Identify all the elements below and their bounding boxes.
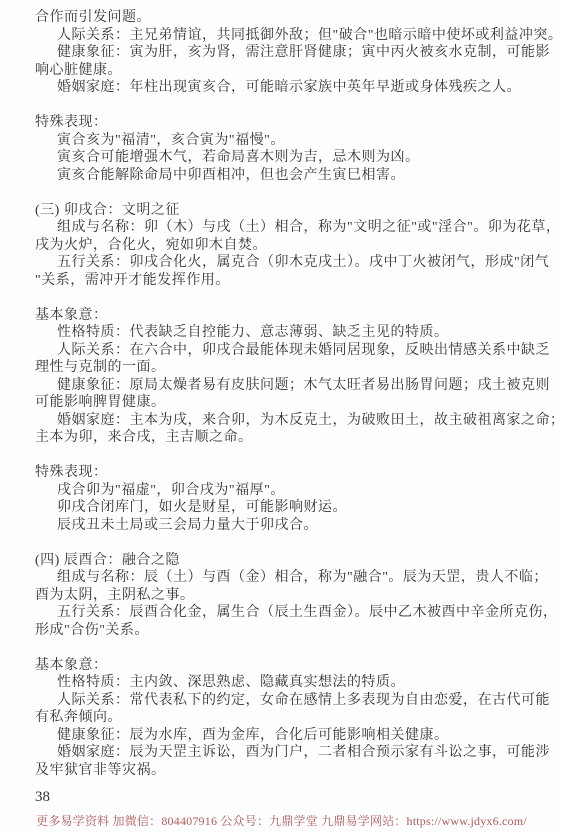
blank-line [35, 184, 563, 202]
text-line: 性格特质：代表缺乏自控能力、意志薄弱、缺乏主见的特质。 [35, 324, 563, 342]
text-line: 戌合卯为"福虚"，卯合戌为"福厚"。 [35, 482, 563, 500]
text-line: 及牢狱官非等灾祸。 [35, 762, 563, 780]
text-line: 婚姻家庭：主本为戌，来合卯，为木反克土，为破败田土，故主破祖离家之命； [35, 412, 563, 430]
text-line: 理性与克制的一面。 [35, 359, 563, 377]
text-line: 人际关系：主兄弟情谊，共同抵御外敌；但"破合"也暗示暗中使坏或利益冲突。 [35, 27, 563, 45]
text-line: 性格特质：主内敛、深思熟虑、隐藏真实想法的特质。 [35, 674, 563, 692]
text-line: 响心脏健康。 [35, 62, 563, 80]
document-body: 合作而引发问题。人际关系：主兄弟情谊，共同抵御外敌；但"破合"也暗示暗中使坏或利… [0, 0, 563, 779]
text-line: 合作而引发问题。 [35, 9, 563, 27]
text-line: 五行关系：辰酉合化金，属生合（辰土生酉金）。辰中乙木被酉中辛金所克伤， [35, 604, 563, 622]
blank-line [35, 97, 563, 115]
text-line: (四) 辰酉合：融合之隐 [35, 552, 563, 570]
text-line: 酉为太阴，主阴私之事。 [35, 587, 563, 605]
text-line: 健康象征：辰为水库，酉为金库，合化后可能影响相关健康。 [35, 727, 563, 745]
blank-line [35, 639, 563, 657]
text-line: 婚姻家庭：年柱出现寅亥合，可能暗示家族中英年早逝或身体残疾之人。 [35, 79, 563, 97]
text-line: 健康象征：原局太燥者易有皮肤问题；木气太旺者易出肠胃问题；戌土被克则 [35, 377, 563, 395]
text-line: 基本象意： [35, 307, 563, 325]
text-line: 组成与名称：卯（木）与戌（土）相合，称为"文明之征"或"淫合"。卯为花草， [35, 219, 563, 237]
text-line: 组成与名称：辰（土）与酉（金）相合，称为"融合"。辰为天罡，贵人不临； [35, 569, 563, 587]
text-line: 基本象意： [35, 657, 563, 675]
text-line: 主本为卯，来合戌，主吉顺之命。 [35, 429, 563, 447]
text-line: 寅亥合可能增强木气，若命局喜木则为吉，忌木则为凶。 [35, 149, 563, 167]
document-page: 合作而引发问题。人际关系：主兄弟情谊，共同抵御外敌；但"破合"也暗示暗中使坏或利… [0, 0, 563, 836]
text-line: 辰戌丑未土局或三会局力量大于卯戌合。 [35, 517, 563, 535]
text-line: 戌为火炉，合化火，宛如卯木自焚。 [35, 237, 563, 255]
text-line: 五行关系：卯戌合化火，属克合（卯木克戌土）。戌中丁火被闭气，形成"闭气 [35, 254, 563, 272]
text-line: "关系，需冲开才能发挥作用。 [35, 272, 563, 290]
page-number: 38 [35, 788, 563, 806]
text-line: 特殊表现： [35, 114, 563, 132]
text-line: 可能影响脾胃健康。 [35, 394, 563, 412]
text-line: 卯戌合闭库门，如火是财星，可能影响财运。 [35, 499, 563, 517]
blank-line [35, 534, 563, 552]
text-line: 寅合亥为"福清"，亥合寅为"福慢"。 [35, 132, 563, 150]
text-line: 特殊表现： [35, 464, 563, 482]
text-line: 人际关系：在六合中，卯戌合最能体现未婚同居现象，反映出情感关系中缺乏 [35, 342, 563, 360]
blank-line [35, 289, 563, 307]
text-line: 形成"合伤"关系。 [35, 622, 563, 640]
footer-promo-text: 更多易学资料 加微信：804407916 公众号：九鼎学堂 九鼎易学网站：htt… [0, 814, 563, 829]
text-line: 婚姻家庭：辰为天罡主诉讼，酉为门户，二者相合预示家有斗讼之事，可能涉 [35, 744, 563, 762]
blank-line [35, 447, 563, 465]
text-line: 人际关系：常代表私下的约定，女命在感情上多表现为自由恋爱，在古代可能 [35, 692, 563, 710]
text-line: 健康象征：寅为肝，亥为肾，需注意肝肾健康；寅中丙火被亥水克制，可能影 [35, 44, 563, 62]
text-line: (三) 卯戌合：文明之征 [35, 202, 563, 220]
text-line: 有私奔倾向。 [35, 709, 563, 727]
text-line: 寅亥合能解除命局中卯酉相冲，但也会产生寅巳相害。 [35, 167, 563, 185]
